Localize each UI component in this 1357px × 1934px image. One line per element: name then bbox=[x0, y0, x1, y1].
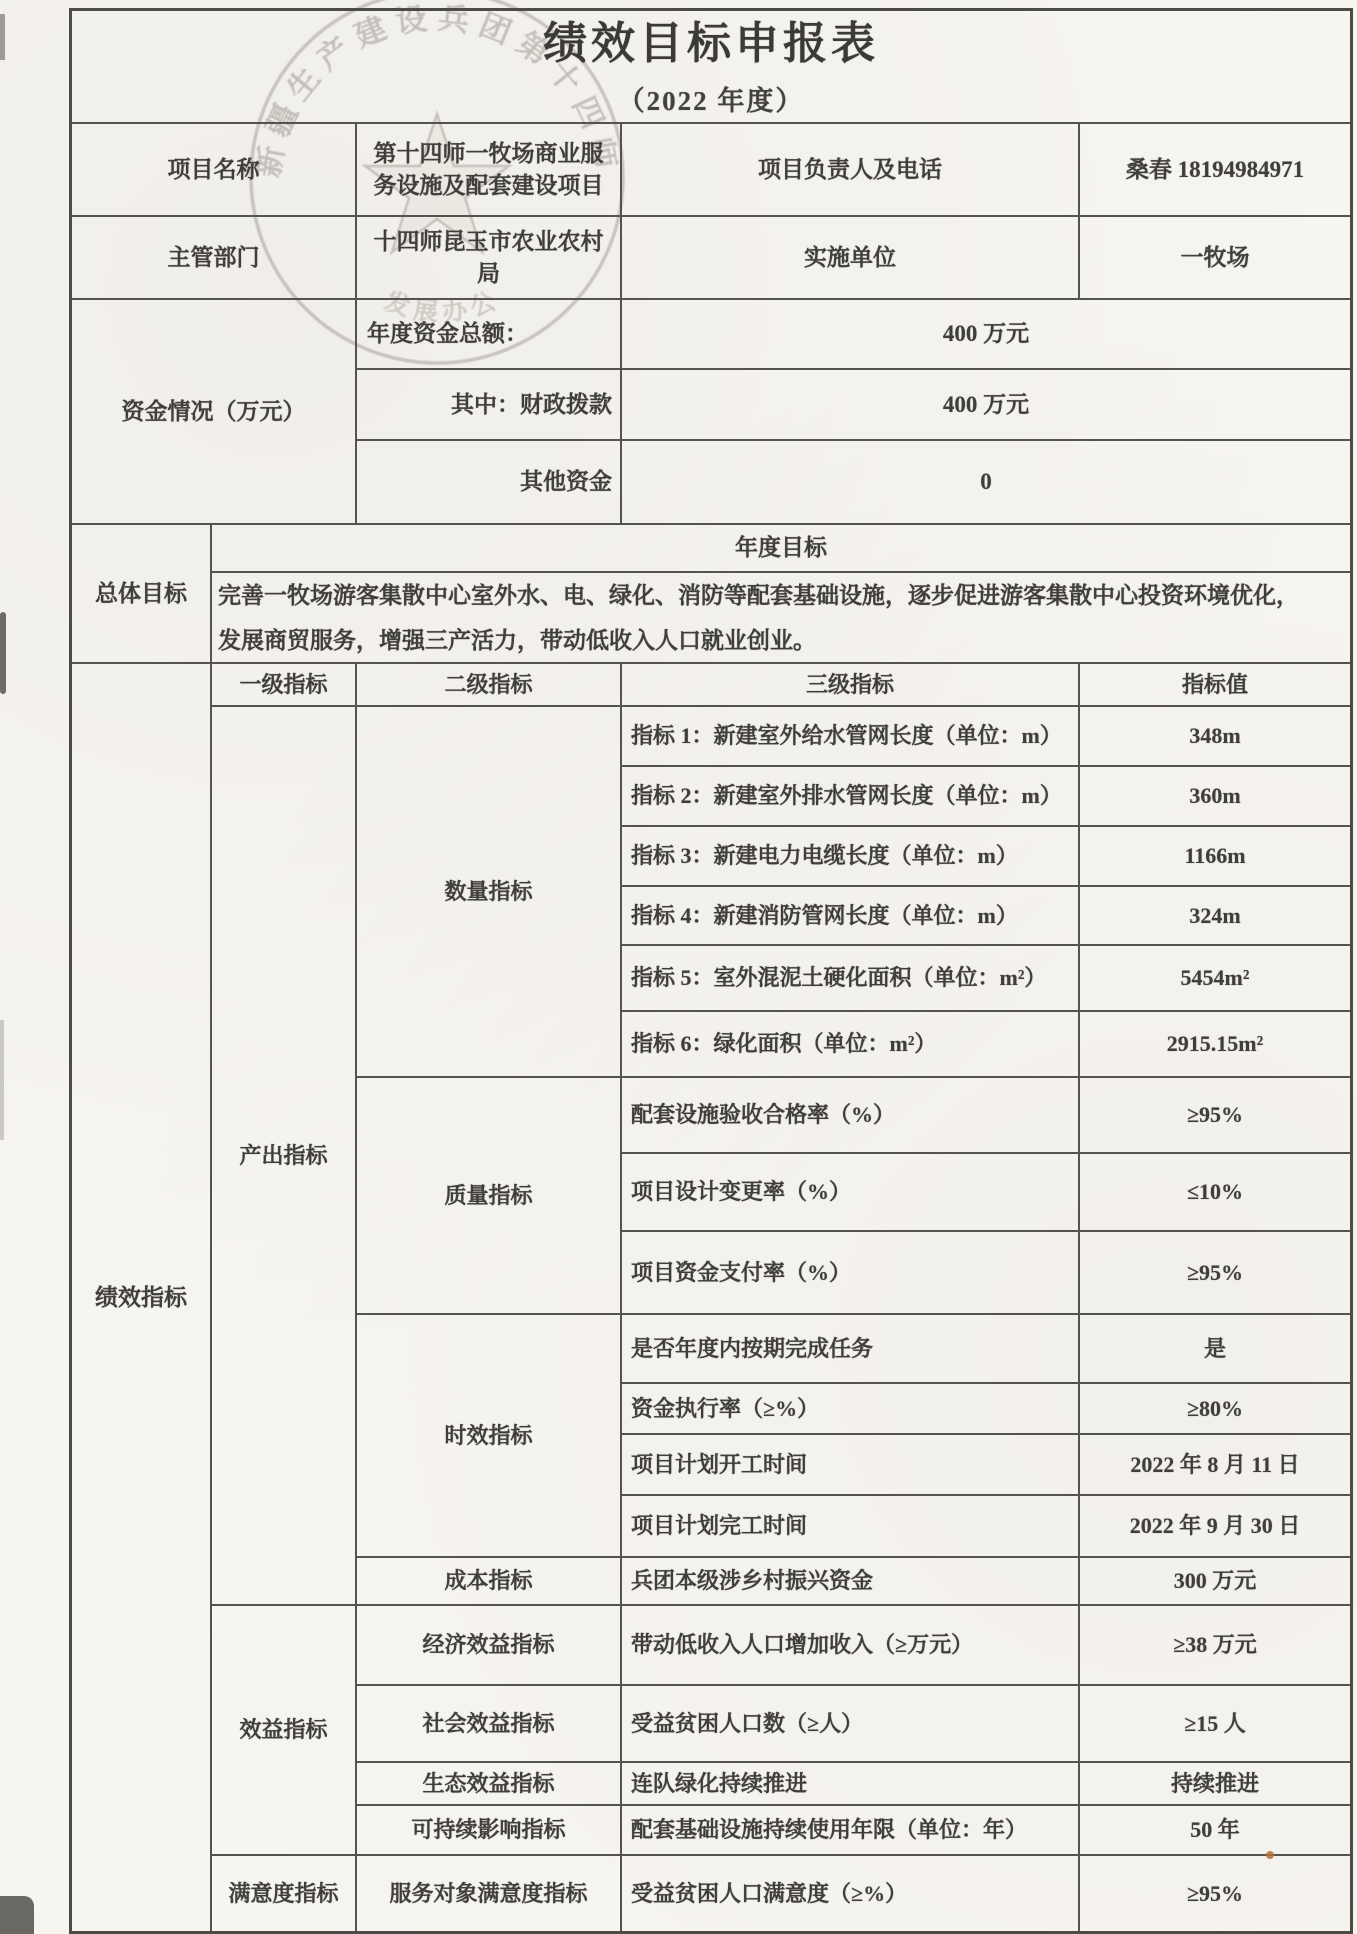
indicator-value: ≤10% bbox=[1080, 1154, 1350, 1232]
indicator-label: 项目计划完工时间 bbox=[622, 1496, 1080, 1558]
indicator-label: 受益贫困人口满意度（≥%） bbox=[622, 1856, 1080, 1931]
level2-ecological: 生态效益指标 bbox=[357, 1763, 622, 1806]
indicator-label: 指标 3：新建电力电缆长度（单位：m） bbox=[622, 827, 1080, 887]
title-block: 绩效目标申报表 （2022 年度） bbox=[72, 11, 1350, 124]
department-label: 主管部门 bbox=[72, 217, 357, 300]
indicator-label: 连队绿化持续推进 bbox=[622, 1763, 1080, 1806]
header-level1: 一级指标 bbox=[212, 664, 357, 707]
level1-benefit: 效益指标 bbox=[212, 1606, 357, 1856]
indicator-value: ≥38 万元 bbox=[1080, 1606, 1350, 1686]
indicator-label: 项目计划开工时间 bbox=[622, 1435, 1080, 1496]
level2-timeliness: 时效指标 bbox=[357, 1315, 622, 1558]
indicator-value: ≥15 人 bbox=[1080, 1686, 1350, 1763]
leader-value: 桑春 18194984971 bbox=[1080, 124, 1350, 217]
scan-artifact-orange-dot bbox=[1266, 1851, 1274, 1859]
indicator-value: 5454m² bbox=[1080, 946, 1350, 1012]
level1-output: 产出指标 bbox=[212, 707, 357, 1606]
level2-quality: 质量指标 bbox=[357, 1078, 622, 1315]
leader-label: 项目负责人及电话 bbox=[622, 124, 1080, 217]
indicator-label: 项目设计变更率（%） bbox=[622, 1154, 1080, 1232]
funding-group-label: 资金情况（万元） bbox=[72, 300, 357, 525]
funding-other-label: 其他资金 bbox=[357, 441, 622, 525]
annual-goal-header: 年度目标 bbox=[212, 525, 1350, 573]
level1-satisfaction: 满意度指标 bbox=[212, 1856, 357, 1931]
indicator-value: 1166m bbox=[1080, 827, 1350, 887]
perf-group-label: 绩效指标 bbox=[72, 664, 212, 1931]
level2-sustainability: 可持续影响指标 bbox=[357, 1806, 622, 1856]
implementing-unit-value: 一牧场 bbox=[1080, 217, 1350, 300]
scan-artifact-edge-mid bbox=[0, 612, 6, 694]
performance-target-table: 绩效目标申报表 （2022 年度） 项目名称 第十四师一牧场商业服 务设施及配套… bbox=[69, 8, 1353, 1934]
indicator-value: ≥95% bbox=[1080, 1078, 1350, 1154]
indicator-label: 指标 4：新建消防管网长度（单位：m） bbox=[622, 887, 1080, 946]
scan-artifact-edge-low bbox=[0, 1020, 4, 1140]
indicator-label: 项目资金支付率（%） bbox=[622, 1232, 1080, 1315]
indicator-value: 348m bbox=[1080, 707, 1350, 767]
implementing-unit-label: 实施单位 bbox=[622, 217, 1080, 300]
scan-artifact-corner bbox=[0, 1896, 34, 1934]
department-value: 十四师昆玉市农业农村 局 bbox=[357, 217, 622, 300]
indicator-value: 2022 年 8 月 11 日 bbox=[1080, 1435, 1350, 1496]
funding-total-label: 年度资金总额： bbox=[357, 300, 622, 370]
scan-artifact-edge-top bbox=[0, 14, 5, 60]
level2-economic: 经济效益指标 bbox=[357, 1606, 622, 1686]
indicator-value: 360m bbox=[1080, 767, 1350, 827]
level2-social: 社会效益指标 bbox=[357, 1686, 622, 1763]
project-name-label: 项目名称 bbox=[72, 124, 357, 217]
level2-quantity: 数量指标 bbox=[357, 707, 622, 1078]
indicator-value: 300 万元 bbox=[1080, 1558, 1350, 1606]
indicator-label: 受益贫困人口数（≥人） bbox=[622, 1686, 1080, 1763]
project-name-value: 第十四师一牧场商业服 务设施及配套建设项目 bbox=[357, 124, 622, 217]
funding-fiscal-label: 其中：财政拨款 bbox=[357, 370, 622, 441]
page-title: 绩效目标申报表 bbox=[543, 14, 879, 73]
indicator-label: 配套基础设施持续使用年限（单位：年） bbox=[622, 1806, 1080, 1856]
annual-goal-text: 完善一牧场游客集散中心室外水、电、绿化、消防等配套基础设施，逐步促进游客集散中心… bbox=[212, 573, 1350, 664]
indicator-label: 配套设施验收合格率（%） bbox=[622, 1078, 1080, 1154]
header-level3: 三级指标 bbox=[622, 664, 1080, 707]
indicator-label: 指标 1：新建室外给水管网长度（单位：m） bbox=[622, 707, 1080, 767]
funding-other-value: 0 bbox=[622, 441, 1350, 525]
funding-total-value: 400 万元 bbox=[622, 300, 1350, 370]
indicator-value: ≥95% bbox=[1080, 1232, 1350, 1315]
indicator-value: 持续推进 bbox=[1080, 1763, 1350, 1806]
indicator-value: 是 bbox=[1080, 1315, 1350, 1384]
indicator-value: ≥80% bbox=[1080, 1384, 1350, 1435]
page-subtitle: （2022 年度） bbox=[618, 83, 805, 119]
level2-service: 服务对象满意度指标 bbox=[357, 1856, 622, 1931]
scanned-document: 新疆生产建设兵团第十四师 发展办公 绩效目标申报表 （2022 年度） 项目名称… bbox=[0, 0, 1357, 1934]
indicator-label: 带动低收入人口增加收入（≥万元） bbox=[622, 1606, 1080, 1686]
indicator-label: 指标 5：室外混泥土硬化面积（单位：m²） bbox=[622, 946, 1080, 1012]
indicator-label: 资金执行率（≥%） bbox=[622, 1384, 1080, 1435]
funding-fiscal-value: 400 万元 bbox=[622, 370, 1350, 441]
indicator-label: 指标 2：新建室外排水管网长度（单位：m） bbox=[622, 767, 1080, 827]
indicator-label: 是否年度内按期完成任务 bbox=[622, 1315, 1080, 1384]
indicator-value: 2915.15m² bbox=[1080, 1012, 1350, 1078]
header-value: 指标值 bbox=[1080, 664, 1350, 707]
overall-goal-label: 总体目标 bbox=[72, 525, 212, 664]
indicator-label: 兵团本级涉乡村振兴资金 bbox=[622, 1558, 1080, 1606]
indicator-value: 324m bbox=[1080, 887, 1350, 946]
level2-cost: 成本指标 bbox=[357, 1558, 622, 1606]
indicator-value: 2022 年 9 月 30 日 bbox=[1080, 1496, 1350, 1558]
indicator-value: ≥95% bbox=[1080, 1856, 1350, 1931]
header-level2: 二级指标 bbox=[357, 664, 622, 707]
indicator-value: 50 年 bbox=[1080, 1806, 1350, 1856]
indicator-label: 指标 6：绿化面积（单位：m²） bbox=[622, 1012, 1080, 1078]
